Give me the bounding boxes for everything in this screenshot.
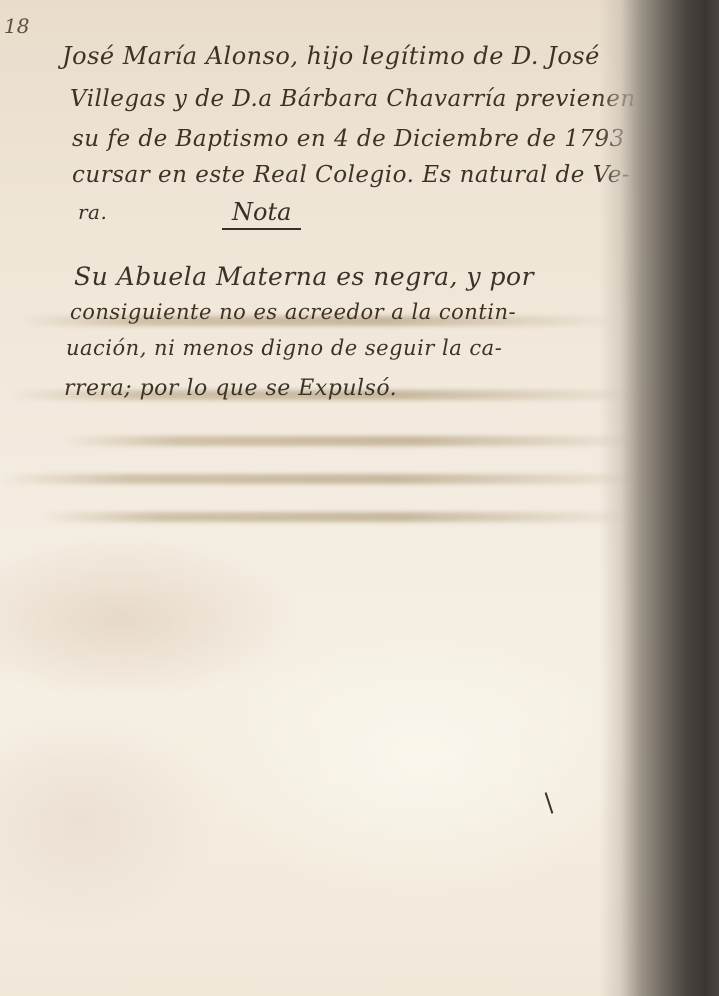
paper-stain — [40, 512, 640, 522]
folio-number: 18 — [4, 14, 29, 38]
entry-line-1: José María Alonso, hijo legítimo de D. J… — [62, 42, 600, 70]
paper-stain — [60, 436, 650, 446]
entry-line-2: Villegas y de D.a Bárbara Chavarría prev… — [70, 86, 636, 112]
note-line-3: uación, ni menos digno de seguir la ca- — [66, 336, 502, 360]
note-line-4: rrera; por lo que se Expulsó. — [64, 376, 397, 401]
entry-line-4: cursar en este Real Colegio. Es natural … — [72, 162, 630, 188]
note-heading: Nota — [222, 198, 301, 230]
ink-mark — [545, 792, 554, 814]
note-line-2: consiguiente no es acreedor a la contin- — [70, 300, 516, 324]
entry-line-3: su fe de Baptismo en 4 de Diciembre de 1… — [72, 126, 625, 152]
manuscript-page: 18 José María Alonso, hijo legítimo de D… — [0, 0, 719, 996]
paper-stain — [0, 474, 660, 484]
book-gutter-shadow — [599, 0, 719, 996]
note-line-1: Su Abuela Materna es negra, y por — [74, 262, 534, 291]
entry-line-5: ra. — [78, 200, 107, 224]
